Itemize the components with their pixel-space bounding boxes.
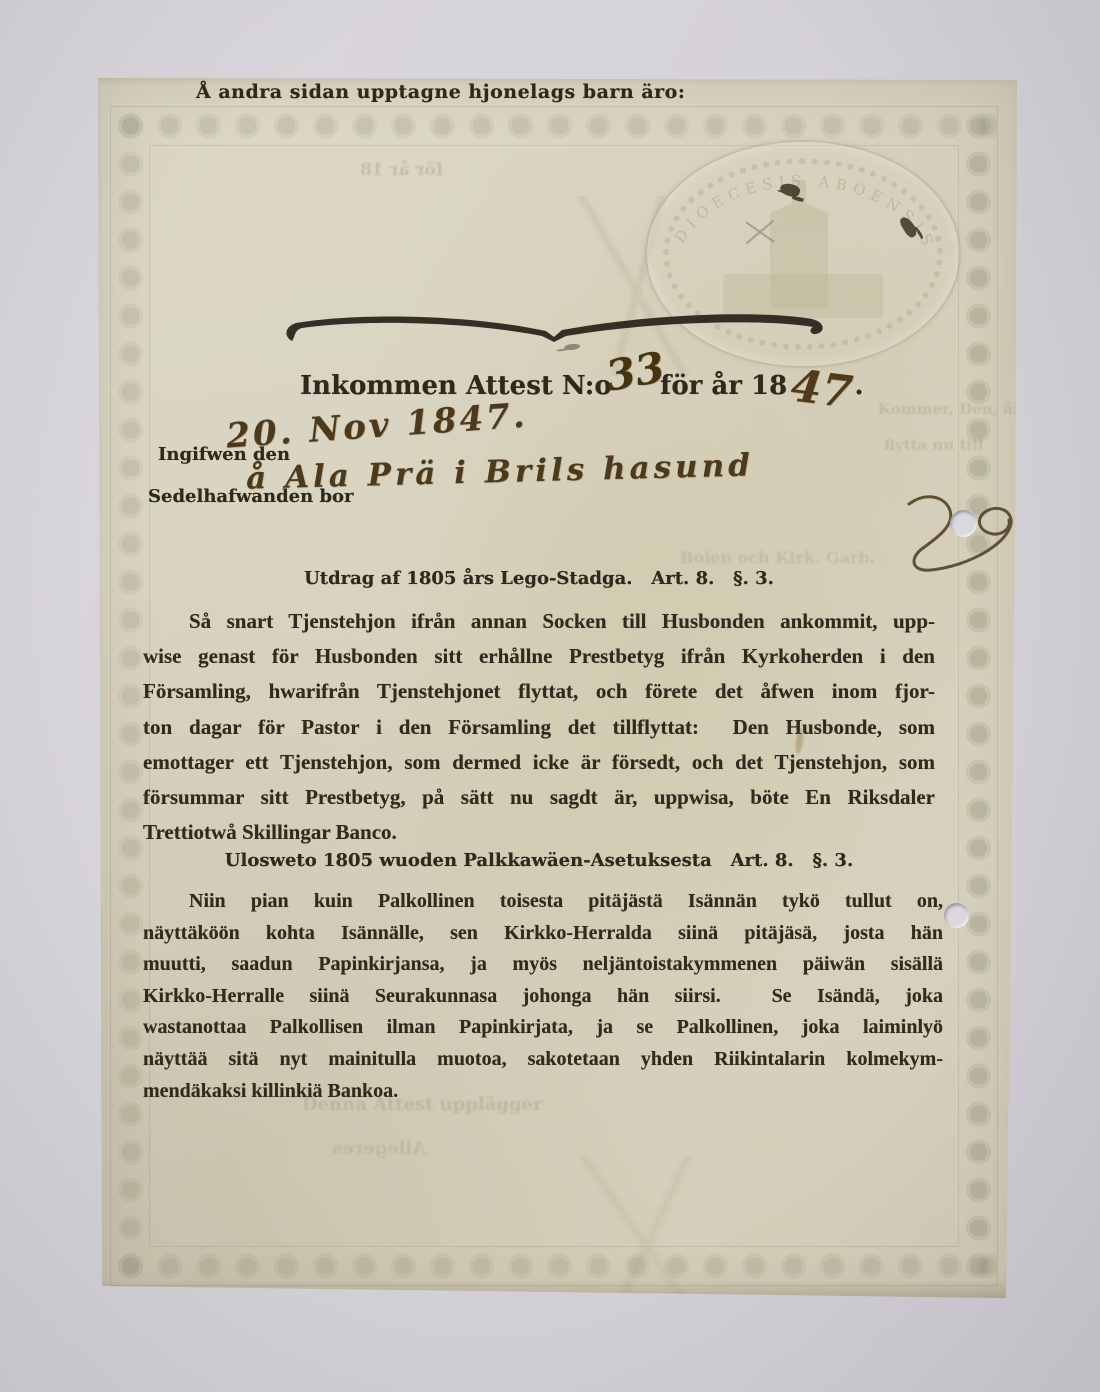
reverse-side-note: Å andra sidan upptagne hjonelags barn är…: [196, 81, 685, 103]
bleedthrough-text: Bolen och Kirk. Garb.: [680, 548, 875, 567]
bleedthrough-text: Kommer, Den, är: [878, 400, 1021, 418]
text-line: wise genast för Husbonden sitt erhållne …: [143, 639, 935, 674]
bleedthrough-handwriting-strokes: [396, 1156, 896, 1326]
attest-title-year-prefix: för år 18: [660, 371, 787, 401]
rosette-border-right: [959, 107, 997, 1285]
text-line: försummar sitt Prestbetyg, på sätt nu sa…: [143, 780, 935, 815]
attest-year-handwritten: 47: [788, 360, 855, 418]
attest-number-handwritten: 33: [602, 342, 668, 400]
text-line: Kirkko-Herralle siinä Seurakunnasa johon…: [143, 981, 943, 1013]
punch-hole: [944, 903, 969, 928]
bleedthrough-text: flytta nu till: [884, 436, 983, 454]
text-line: näyttää sitä nyt mainitulla muotoa, sako…: [143, 1044, 943, 1076]
decorative-brace-rule: [282, 310, 830, 350]
document-paper-sheet: för år 18 Kommer, Den, är flytta nu till…: [96, 76, 1020, 1302]
attest-title-prefix: Inkommen Attest N:o: [300, 371, 612, 401]
swedish-section-heading: Utdrag af 1805 års Lego-Stadga. Art. 8. …: [139, 568, 939, 589]
text-line: emottager ett Tjenstehjon, som dermed ic…: [143, 745, 935, 780]
text-line: Niin pian kuin Palkollinen toisesta pitä…: [143, 886, 943, 918]
text-line: muutti, saadun Papinkirjansa, ja myös ne…: [143, 949, 943, 981]
punch-hole: [950, 510, 977, 537]
finnish-section-heading: Ulosweto 1805 wuoden Palkkawäen-Asetukse…: [139, 850, 939, 871]
finnish-paragraph: Niin pian kuin Palkollinen toisesta pitä…: [143, 886, 943, 1107]
pencil-cross-mark: [746, 220, 774, 244]
text-line: mendäkaksi killinkiä Bankoa.: [143, 1076, 943, 1108]
svg-text:DIOECESIS ABOENSIS: DIOECESIS ABOENSIS: [671, 172, 939, 254]
swedish-paragraph: Så snart Tjenstehjon ifrån annan Socken …: [143, 604, 935, 850]
rosette-border-top: [111, 107, 997, 145]
bleedthrough-text: för år 18: [360, 160, 443, 180]
text-line: Församling, hwarifrån Tjenstehjonet flyt…: [143, 674, 935, 709]
text-line: wastanottaa Palkollisen ilman Papinkirja…: [143, 1012, 943, 1044]
text-line: näyttäköön kohta Isännälle, sen Kirkko-H…: [143, 918, 943, 950]
text-line: Trettiotwå Skillingar Banco.: [143, 815, 935, 850]
text-line: ton dagar för Pastor i den Församling de…: [143, 710, 935, 745]
text-line: Så snart Tjenstehjon ifrån annan Socken …: [143, 604, 935, 639]
photograph-background: för år 18 Kommer, Den, är flytta nu till…: [0, 0, 1100, 1392]
attest-title-period: .: [854, 371, 863, 401]
attest-title-line: Inkommen Attest N:o 33 för år 18 47 .: [300, 354, 864, 405]
